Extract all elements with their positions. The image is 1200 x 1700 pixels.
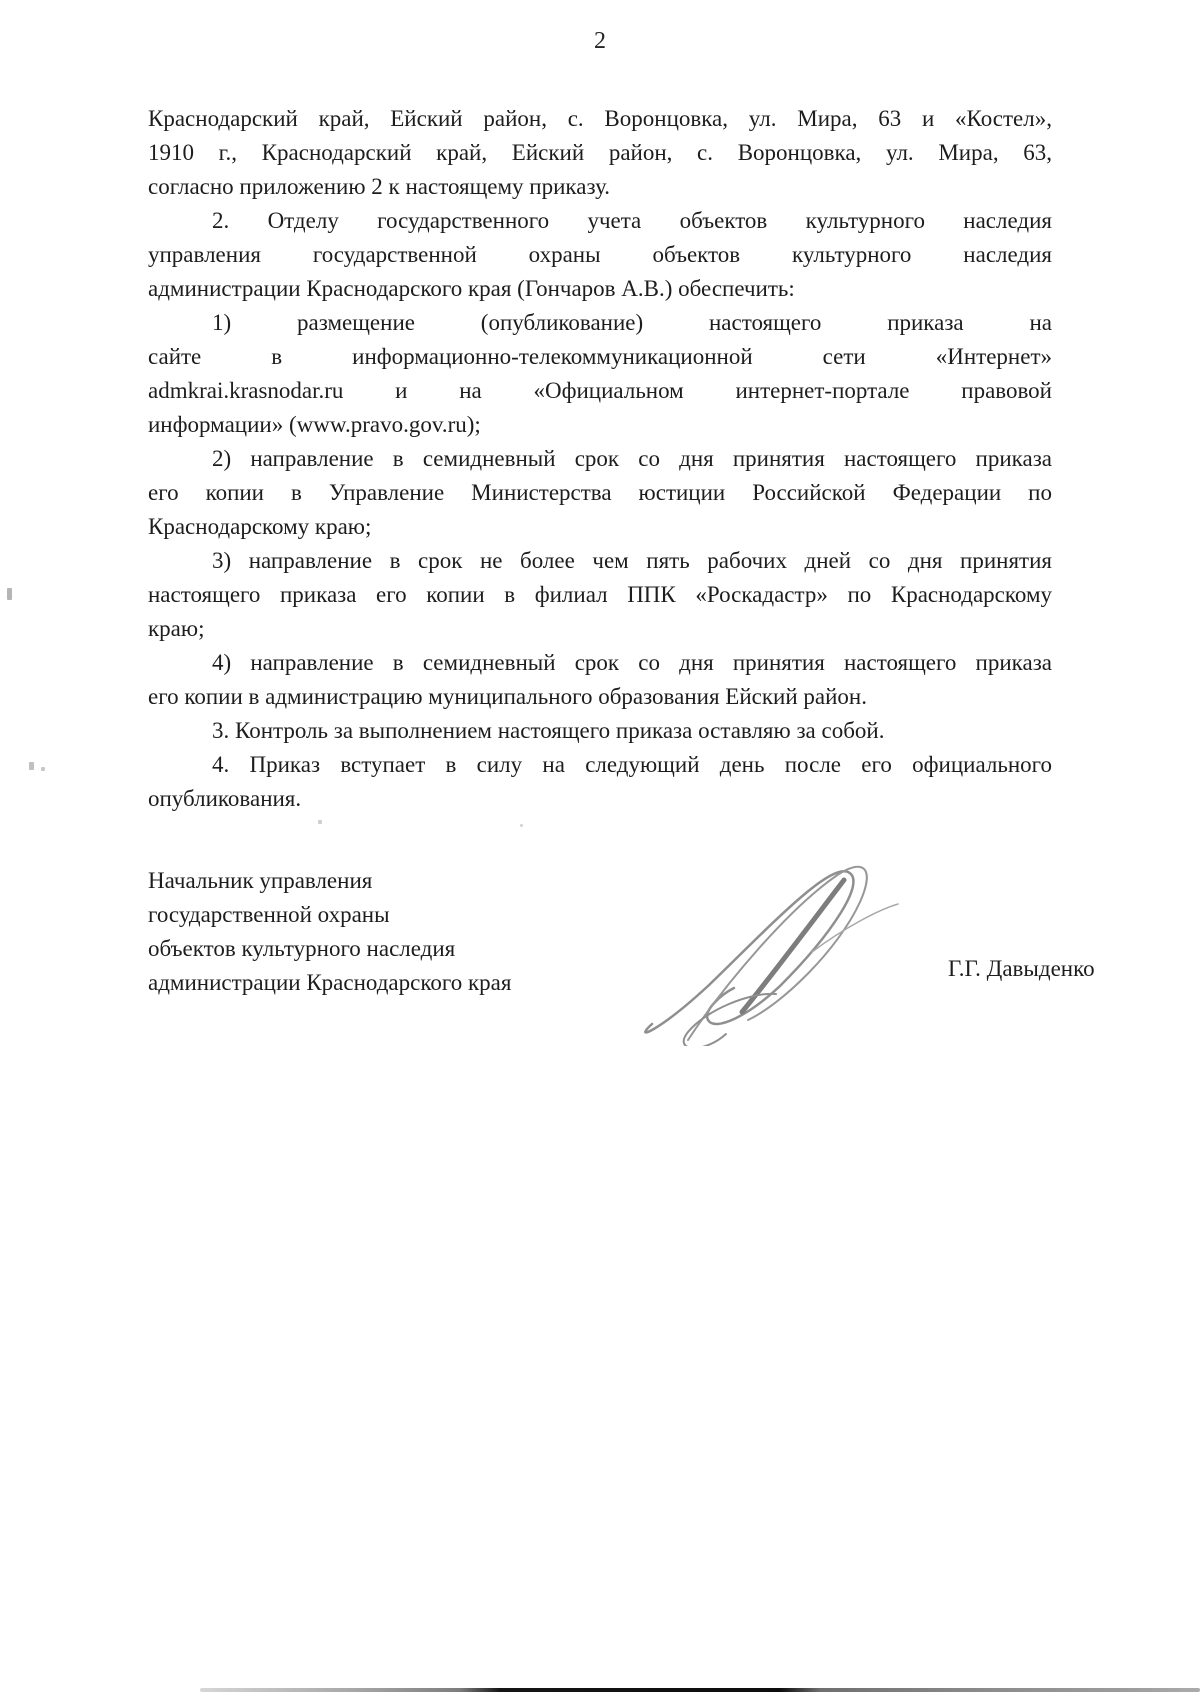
body-line: 3) направление в срок не более чем пять … [148, 544, 1052, 578]
body-line: управления государственной охраны объект… [148, 238, 1052, 272]
body-line: 2. Отделу государственного учета объекто… [148, 204, 1052, 238]
signatory-position-block: Начальник управления государственной охр… [148, 864, 668, 1000]
document-body: Краснодарский край, Ейский район, с. Вор… [148, 102, 1052, 816]
scan-artifact-speck [520, 824, 523, 827]
handwritten-signature-icon [630, 806, 920, 1046]
scan-artifact-bottom-line [200, 1688, 1200, 1692]
scan-artifact-speck [7, 588, 12, 600]
body-line: 3. Контроль за выполнением настоящего пр… [148, 714, 1052, 748]
page-number: 2 [0, 28, 1200, 55]
body-line: администрации Краснодарского края (Гонча… [148, 272, 1052, 306]
body-line: admkrai.krasnodar.ru и на «Официальном и… [148, 374, 1052, 408]
body-line: 1) размещение (опубликование) настоящего… [148, 306, 1052, 340]
signatory-position-line: Начальник управления [148, 864, 668, 898]
body-line: 2) направление в семидневный срок со дня… [148, 442, 1052, 476]
scan-artifact-speck [318, 820, 322, 824]
scan-artifact-speck [29, 762, 34, 770]
body-line: Краснодарский край, Ейский район, с. Вор… [148, 102, 1052, 136]
body-line: Краснодарскому краю; [148, 510, 1052, 544]
body-line: 4. Приказ вступает в силу на следующий д… [148, 748, 1052, 782]
signatory-position-line: государственной охраны [148, 898, 668, 932]
body-line: его копии в Управление Министерства юсти… [148, 476, 1052, 510]
body-line: его копии в администрацию муниципального… [148, 680, 1052, 714]
scan-artifact-speck [41, 767, 45, 771]
body-line: краю; [148, 612, 1052, 646]
scanned-document-page: 2 Краснодарский край, Ейский район, с. В… [0, 0, 1200, 1700]
body-line: сайте в информационно-телекоммуникационн… [148, 340, 1052, 374]
signatory-name: Г.Г. Давыденко [948, 956, 1095, 982]
signatory-position-line: администрации Краснодарского края [148, 966, 668, 1000]
body-line: 1910 г., Краснодарский край, Ейский райо… [148, 136, 1052, 170]
body-line: настоящего приказа его копии в филиал ПП… [148, 578, 1052, 612]
body-line: 4) направление в семидневный срок со дня… [148, 646, 1052, 680]
body-line: информации» (www.pravo.gov.ru); [148, 408, 1052, 442]
signatory-position-line: объектов культурного наследия [148, 932, 668, 966]
body-line: согласно приложению 2 к настоящему прика… [148, 170, 1052, 204]
